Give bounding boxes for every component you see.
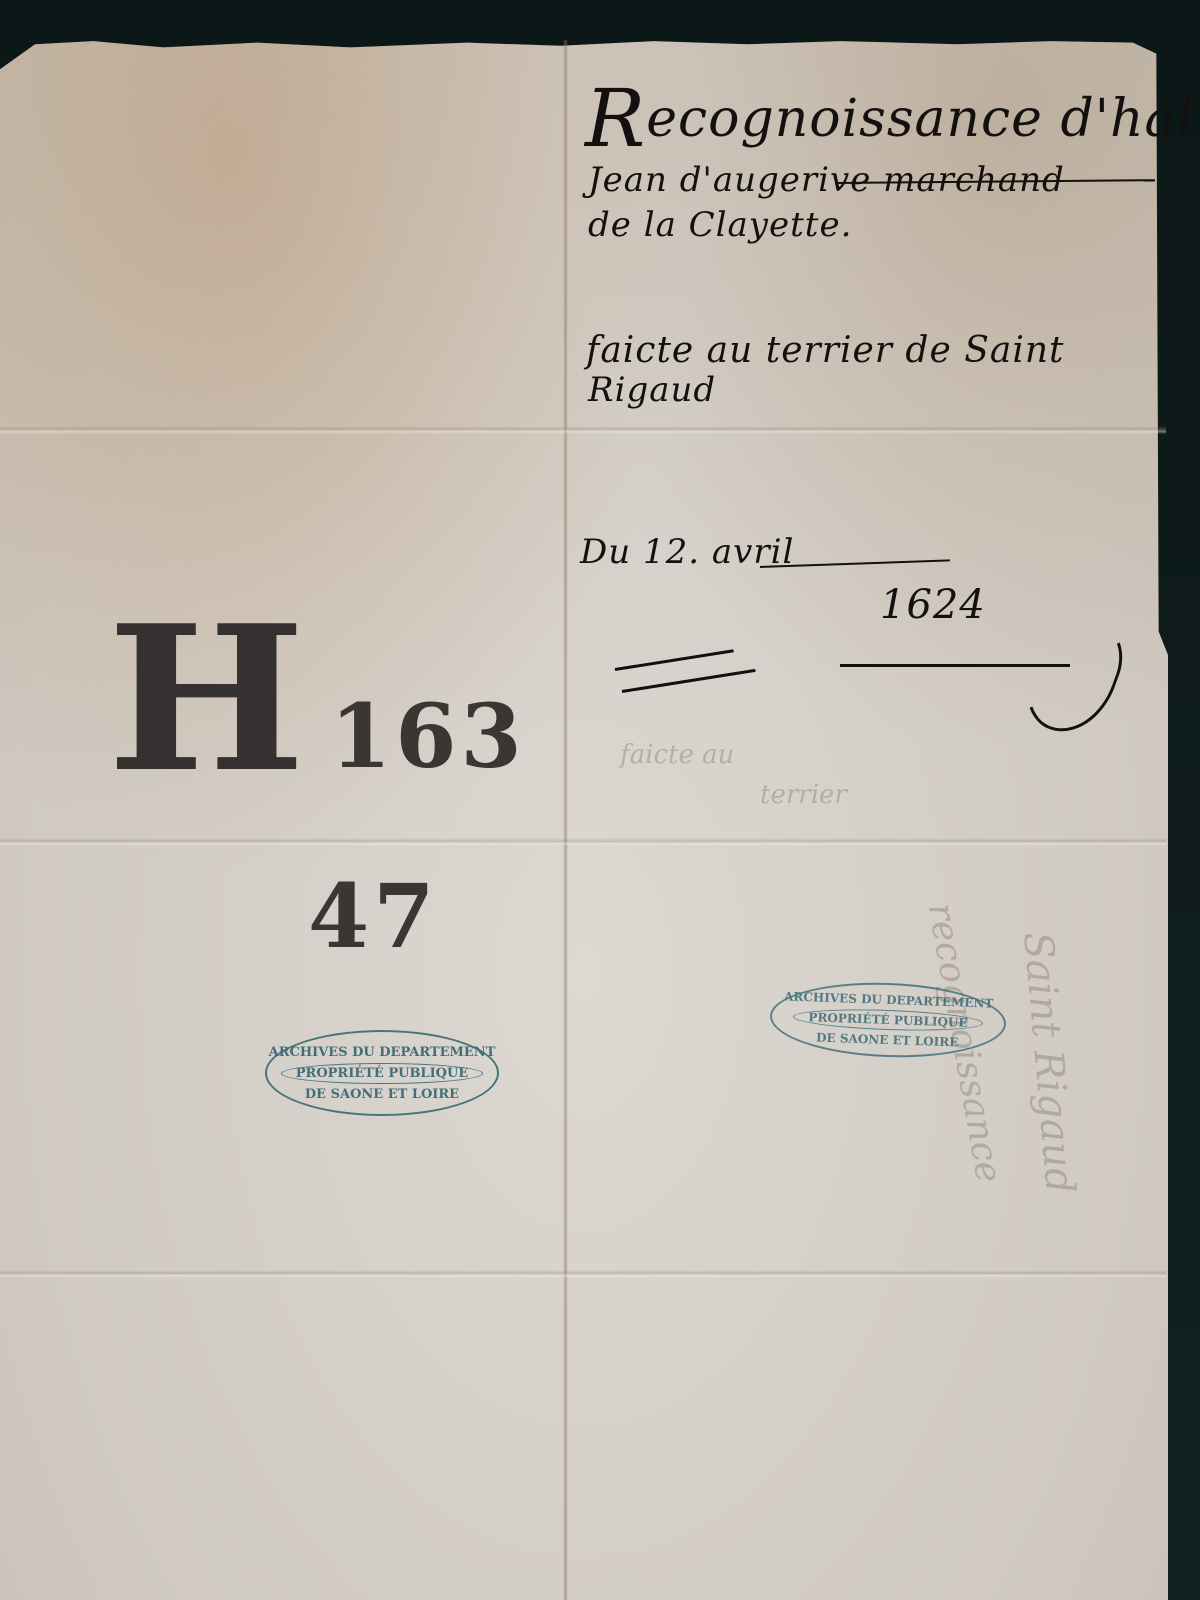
call-number-item: 47: [308, 872, 438, 960]
title-initial: R: [585, 72, 646, 165]
endorsement-year: 1624: [880, 582, 986, 628]
horizontal-fold-line: [0, 426, 1166, 434]
stamp-inner-oval: PROPRIÉTÉ PUBLIQUE: [793, 1007, 983, 1034]
endorsement-line-place: de la Clayette.: [588, 205, 852, 245]
stamp-inner-oval: PROPRIÉTÉ PUBLIQUE: [281, 1063, 483, 1084]
endorsement-line-terrier: faicte au terrier de Saint: [586, 330, 1065, 371]
stamp-line-3: DE SAONE ET LOIRE: [816, 1031, 959, 1050]
stamp-line-3: DE SAONE ET LOIRE: [305, 1087, 459, 1102]
stamp-line-1: ARCHIVES DU DEPARTEMENT: [784, 989, 994, 1010]
show-through-text: faicte au: [620, 740, 734, 770]
horizontal-fold-line: [0, 838, 1166, 846]
horizontal-fold-line: [0, 1270, 1166, 1278]
call-number-number: 163: [330, 692, 526, 780]
archive-stamp: ARCHIVES DU DEPARTEMENT PROPRIÉTÉ PUBLIQ…: [265, 1030, 499, 1116]
paper-sheet: [0, 38, 1168, 1600]
show-through-text: terrier: [760, 780, 847, 810]
stamp-line-2: PROPRIÉTÉ PUBLIQUE: [296, 1066, 468, 1081]
vertical-fold-line: [563, 40, 568, 1600]
stamp-line-2: PROPRIÉTÉ PUBLIQUE: [808, 1010, 968, 1030]
title-rest: ecognoissance d'hab: [646, 89, 1200, 149]
call-number-series: H: [107, 600, 310, 800]
stamp-line-1: ARCHIVES DU DEPARTEMENT: [269, 1045, 496, 1060]
endorsement-line-rigaud: Rigaud: [588, 370, 716, 410]
endorsement-title: Recognoissance d'hab: [585, 72, 1200, 165]
